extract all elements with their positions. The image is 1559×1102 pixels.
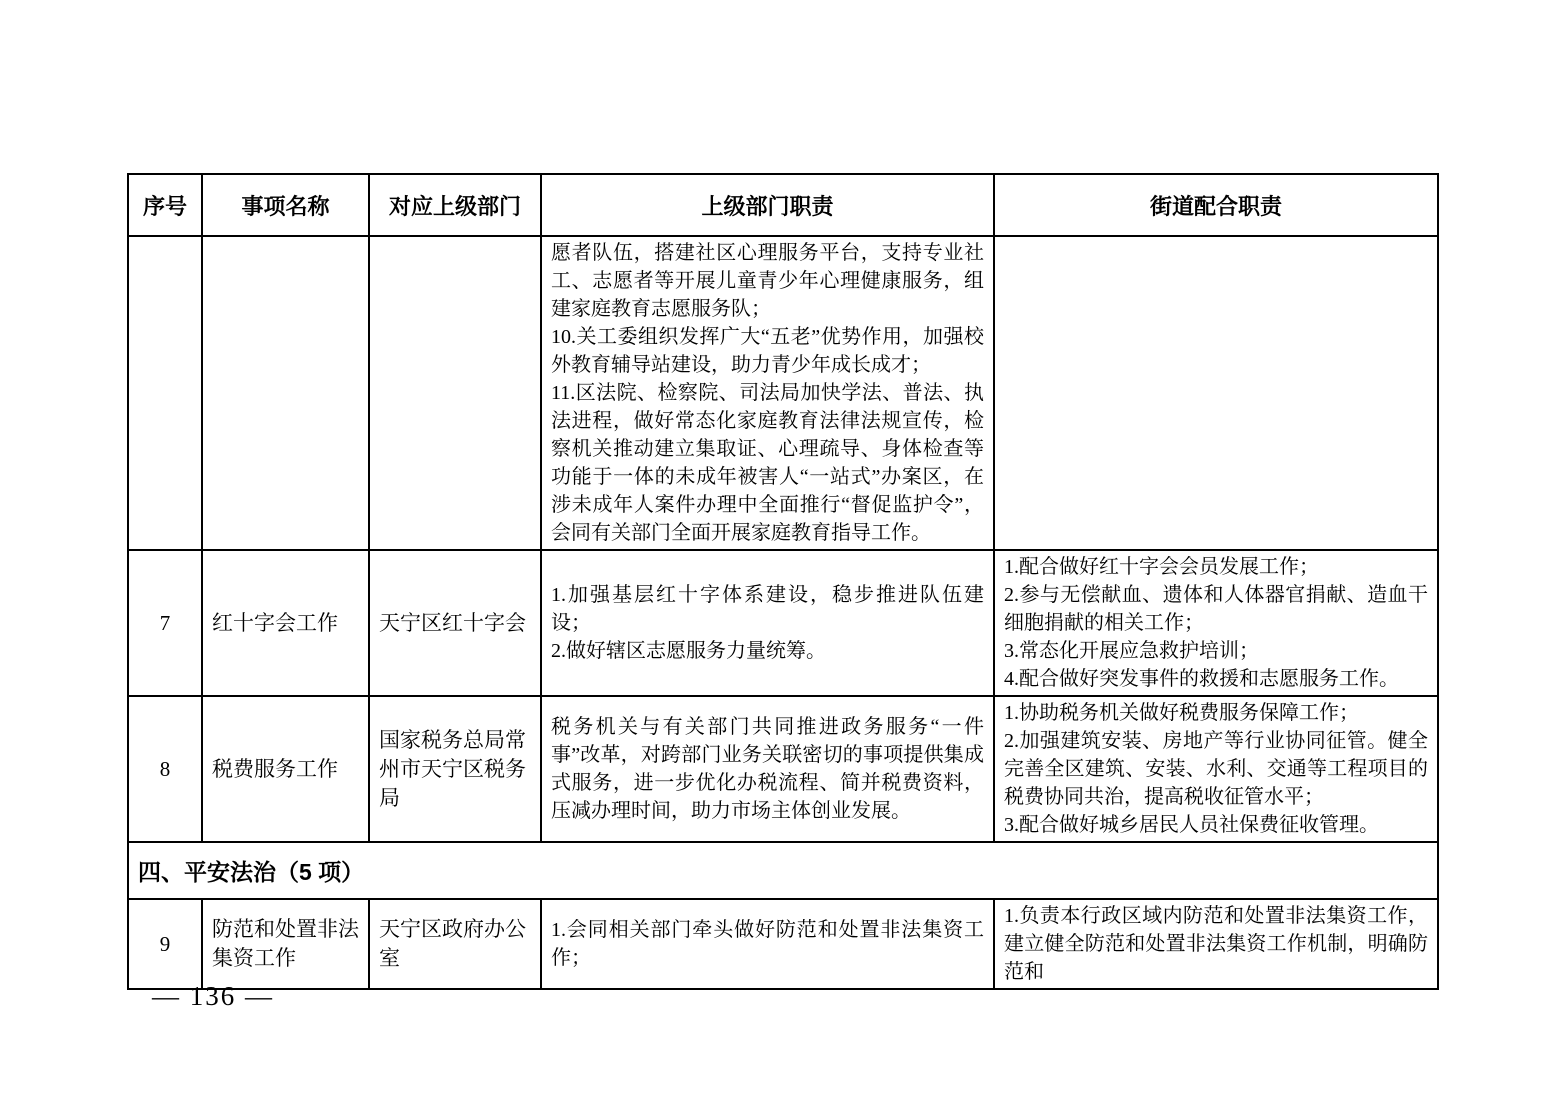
superior-duties-cell: 1.加强基层红十字体系建设，稳步推进队伍建设；2.做好辖区志愿服务力量统筹。 — [541, 550, 994, 696]
table-row: 8税费服务工作国家税务总局常州市天宁区税务局税务机关与有关部门共同推进政务服务“… — [128, 696, 1438, 842]
duty-paragraph: 2.参与无偿献血、遗体和人体器官捐献、造血干细胞捐献的相关工作； — [1004, 581, 1428, 637]
superior-duties-cell: 愿者队伍，搭建社区心理服务平台，支持专业社工、志愿者等开展儿童青少年心理健康服务… — [541, 236, 994, 550]
item-name-cell: 红十字会工作 — [202, 550, 369, 696]
duty-paragraph: 3.配合做好城乡居民人员社保费征收管理。 — [1004, 811, 1428, 839]
street-duties-cell: 1.协助税务机关做好税费服务保障工作；2.加强建筑安装、房地产等行业协同征管。健… — [994, 696, 1438, 842]
duty-paragraph: 11.区法院、检察院、司法局加快学法、普法、执法进程，做好常态化家庭教育法律法规… — [551, 379, 984, 547]
department-cell: 天宁区政府办公室 — [369, 899, 541, 989]
duty-paragraph: 愿者队伍，搭建社区心理服务平台，支持专业社工、志愿者等开展儿童青少年心理健康服务… — [551, 239, 984, 323]
section-row: 四、平安法治（5 项） — [128, 842, 1438, 899]
duty-paragraph: 3.常态化开展应急救护培训； — [1004, 637, 1428, 665]
column-header: 序号 — [128, 174, 202, 236]
duty-paragraph: 4.配合做好突发事件的救援和志愿服务工作。 — [1004, 665, 1428, 693]
street-duties-cell: 1.配合做好红十字会会员发展工作；2.参与无偿献血、遗体和人体器官捐献、造血干细… — [994, 550, 1438, 696]
item-name-cell: 防范和处置非法集资工作 — [202, 899, 369, 989]
department-cell — [369, 236, 541, 550]
table-header-row: 序号事项名称对应上级部门上级部门职责街道配合职责 — [128, 174, 1438, 236]
sequence-cell: 8 — [128, 696, 202, 842]
table-body: 愿者队伍，搭建社区心理服务平台，支持专业社工、志愿者等开展儿童青少年心理健康服务… — [128, 236, 1438, 989]
department-cell: 国家税务总局常州市天宁区税务局 — [369, 696, 541, 842]
department-cell: 天宁区红十字会 — [369, 550, 541, 696]
table-row: 9防范和处置非法集资工作天宁区政府办公室1.会同相关部门牵头做好防范和处置非法集… — [128, 899, 1438, 989]
item-name-cell: 税费服务工作 — [202, 696, 369, 842]
duty-paragraph: 10.关工委组织发挥广大“五老”优势作用，加强校外教育辅导站建设，助力青少年成长… — [551, 323, 984, 379]
column-header: 对应上级部门 — [369, 174, 541, 236]
duty-paragraph: 1.加强基层红十字体系建设，稳步推进队伍建设； — [551, 581, 984, 637]
column-header: 街道配合职责 — [994, 174, 1438, 236]
sequence-cell — [128, 236, 202, 550]
section-header: 四、平安法治（5 项） — [128, 842, 1438, 899]
sequence-cell: 7 — [128, 550, 202, 696]
document-page: 序号事项名称对应上级部门上级部门职责街道配合职责 愿者队伍，搭建社区心理服务平台… — [0, 0, 1559, 1102]
duty-paragraph: 2.做好辖区志愿服务力量统筹。 — [551, 637, 984, 665]
duty-paragraph: 2.加强建筑安装、房地产等行业协同征管。健全完善全区建筑、安装、水利、交通等工程… — [1004, 727, 1428, 811]
column-header: 上级部门职责 — [541, 174, 994, 236]
duty-paragraph: 1.负责本行政区域内防范和处置非法集资工作，建立健全防范和处置非法集资工作机制，… — [1004, 902, 1428, 986]
duty-paragraph: 1.配合做好红十字会会员发展工作； — [1004, 553, 1428, 581]
duty-paragraph: 税务机关与有关部门共同推进政务服务“一件事”改革，对跨部门业务关联密切的事项提供… — [551, 713, 984, 825]
table-row: 愿者队伍，搭建社区心理服务平台，支持专业社工、志愿者等开展儿童青少年心理健康服务… — [128, 236, 1438, 550]
duty-paragraph: 1.会同相关部门牵头做好防范和处置非法集资工作； — [551, 916, 984, 972]
table-head: 序号事项名称对应上级部门上级部门职责街道配合职责 — [128, 174, 1438, 236]
superior-duties-cell: 税务机关与有关部门共同推进政务服务“一件事”改革，对跨部门业务关联密切的事项提供… — [541, 696, 994, 842]
street-duties-cell: 1.负责本行政区域内防范和处置非法集资工作，建立健全防范和处置非法集资工作机制，… — [994, 899, 1438, 989]
responsibility-table: 序号事项名称对应上级部门上级部门职责街道配合职责 愿者队伍，搭建社区心理服务平台… — [127, 173, 1439, 990]
superior-duties-cell: 1.会同相关部门牵头做好防范和处置非法集资工作； — [541, 899, 994, 989]
table-row: 7红十字会工作天宁区红十字会1.加强基层红十字体系建设，稳步推进队伍建设；2.做… — [128, 550, 1438, 696]
page-number: — 136 — — [152, 981, 274, 1012]
column-header: 事项名称 — [202, 174, 369, 236]
duty-paragraph: 1.协助税务机关做好税费服务保障工作； — [1004, 699, 1428, 727]
street-duties-cell — [994, 236, 1438, 550]
item-name-cell — [202, 236, 369, 550]
sequence-cell: 9 — [128, 899, 202, 989]
